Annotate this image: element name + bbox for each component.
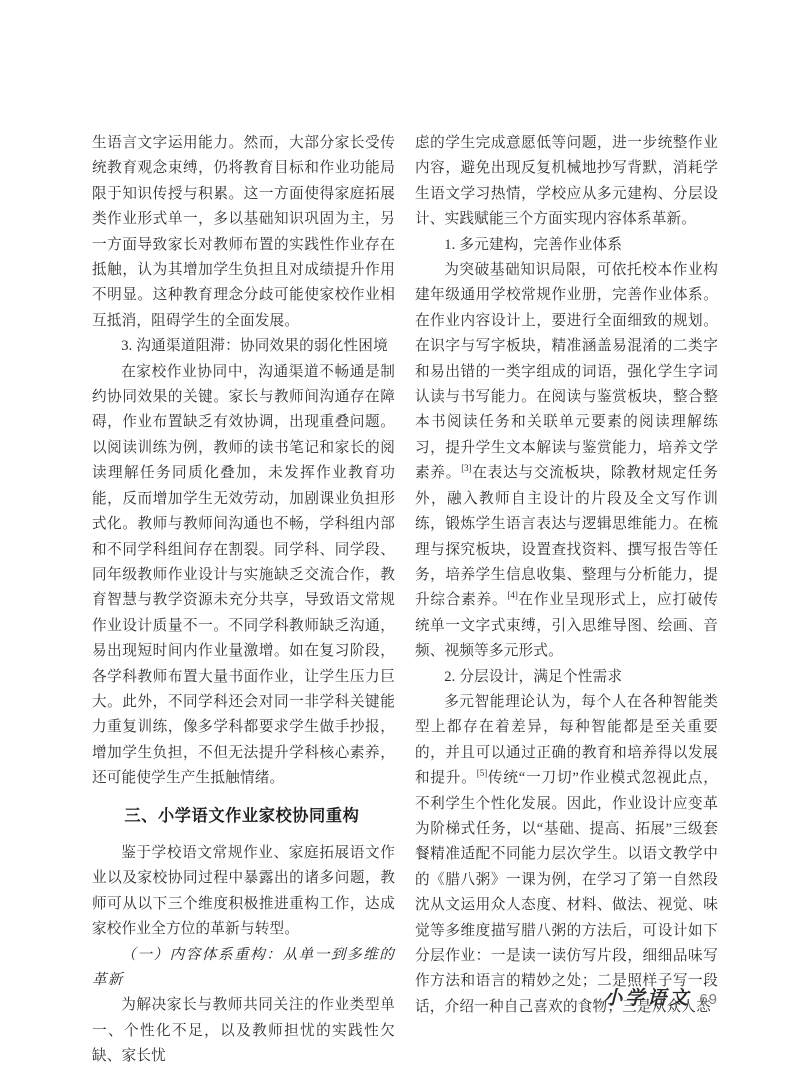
paragraph-text: 传统“一刀切”作业模式忽视此点，不利学生个性化发展。因此，作业设计应变革为阶梯式… [415,770,718,1015]
paragraph-multidimensional: 为突破基础知识局限，可依托校本作业构建年级通用学校常规作业册，完善作业体系。在作… [415,258,718,665]
paragraph-overview: 鉴于学校语文常规作业、家庭拓展语文作业以及家校协同过程中暴露出的诸多问题，教师可… [92,841,395,943]
subsection-heading-2: 2. 分层设计，满足个性需求 [415,665,718,690]
section-heading-3: 三、小学语文作业家校协同重构 [92,804,395,829]
paragraph-continued: 生语言文字运用能力。然而，大部分家长受传统教育观念束缚，仍将教育目标和作业功能局… [92,131,395,334]
footnote-ref-4: [4] [507,590,518,600]
paragraph-communication: 在家校作业协同中，沟通渠道不畅通是制约协同效果的关键。家长与教师间沟通存在障碍，… [92,360,395,792]
footnote-ref-3: [3] [461,463,472,473]
subsection-heading-3: 3. 沟通渠道阻滞：协同效果的弱化性困境 [92,334,395,359]
footnote-ref-5: [5] [477,768,488,778]
subsection-heading-1: 1. 多元建构，完善作业体系 [415,233,718,258]
right-column: 虑的学生完成意愿低等问题，进一步统整作业内容，避免出现反复机械地抄写背默，消耗学… [415,131,718,1070]
paper-page: 生语言文字运用能力。然而，大部分家长受传统教育观念束缚，仍将教育目标和作业功能局… [92,131,718,1070]
left-column: 生语言文字运用能力。然而，大部分家长受传统教育观念束缚，仍将教育目标和作业功能局… [92,131,395,1070]
page-footer: 小学语文69 [92,983,718,1010]
page-number: 69 [699,991,718,1008]
paragraph-continued: 虑的学生完成意愿低等问题，进一步统整作业内容，避免出现反复机械地抄写背默，消耗学… [415,131,718,233]
paragraph-text: 为突破基础知识局限，可依托校本作业构建年级通用学校常规作业册，完善作业体系。在作… [415,262,718,481]
journal-name: 小学语文 [603,988,691,1009]
paragraph-text: 在表达与交流板块，除教材规定任务外，融入教师自主设计的片段及全文写作训练，锻炼学… [415,465,718,608]
paragraph-layered-design: 多元智能理论认为，每个人在各种智能类型上都存在着差异，每种智能都是至关重要的，并… [415,690,718,1020]
